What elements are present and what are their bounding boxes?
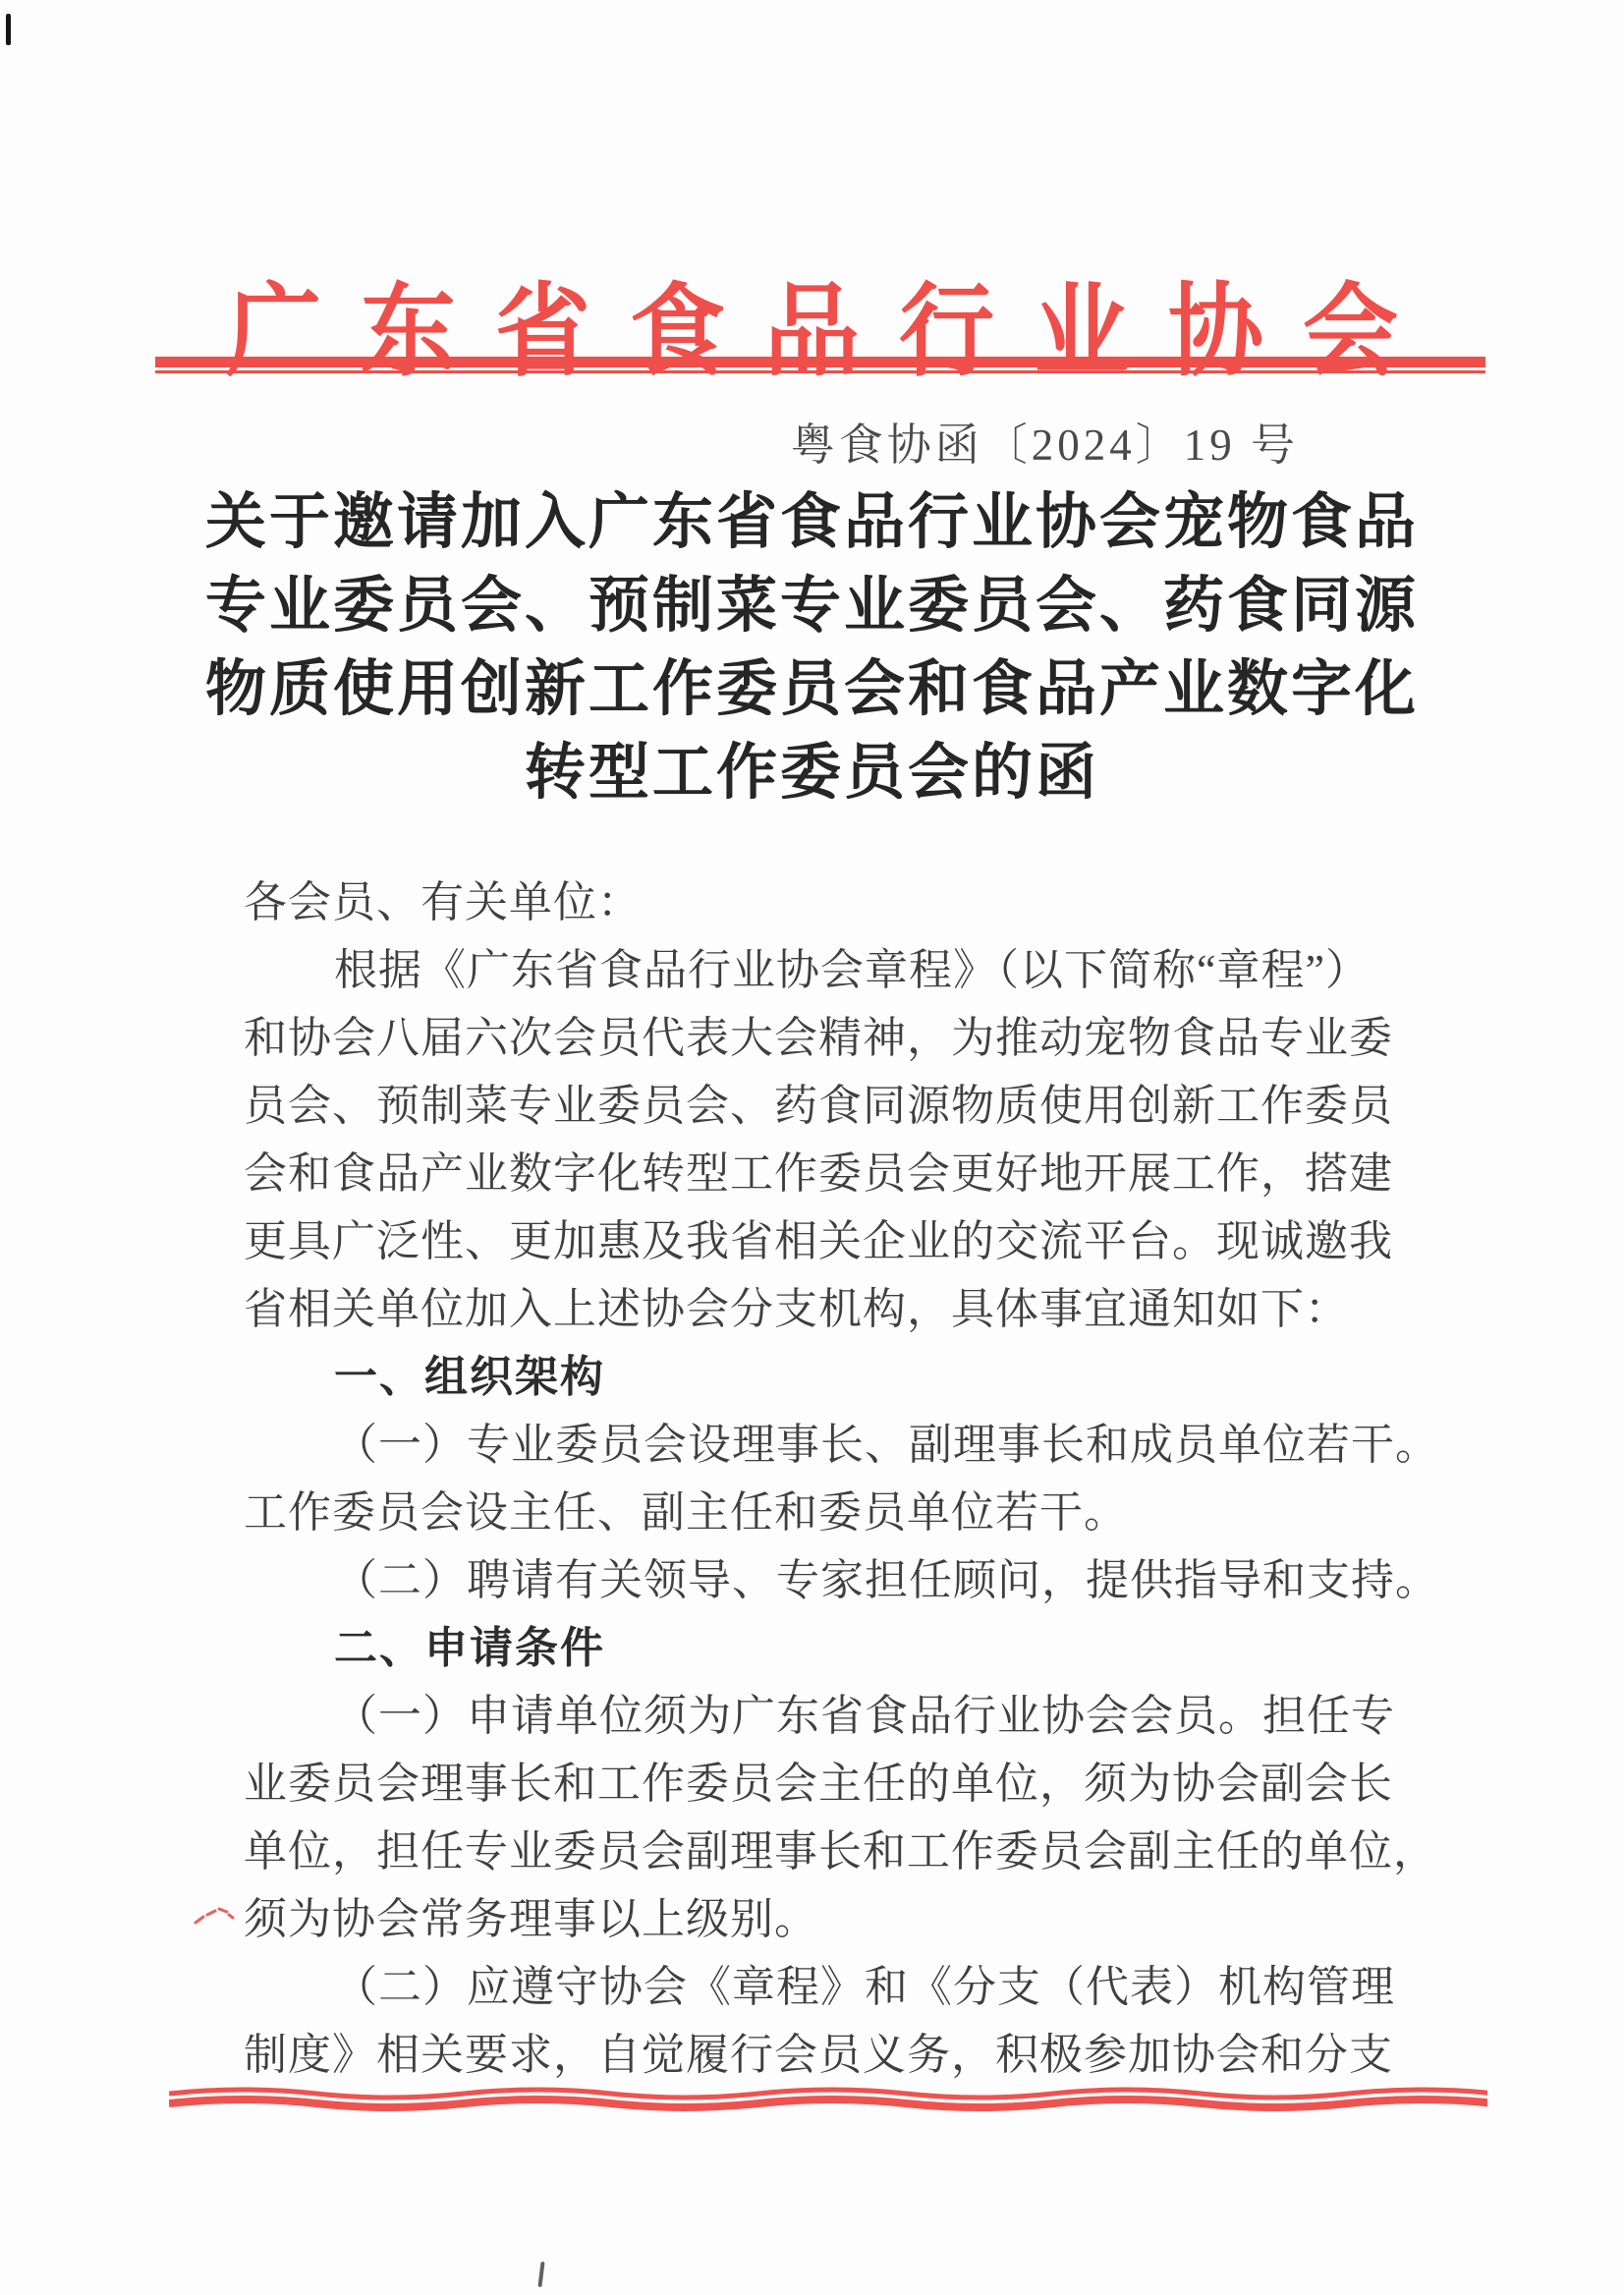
- document-title-line: 专业委员会、预制菜专业委员会、药食同源: [0, 565, 1624, 648]
- section-heading-2: 二、申请条件: [244, 1614, 1452, 1682]
- document-title-line: 物质使用创新工作委员会和食品产业数字化: [0, 648, 1624, 732]
- scan-corner-artifact: [6, 14, 11, 45]
- body-line: 业委员会理事长和工作委员会主任的单位，须为协会副会长: [244, 1750, 1452, 1818]
- body-line: 根据《广东省食品行业协会章程》（以下简称“章程”）: [244, 936, 1452, 1004]
- letterhead-org-name: 广东省食品行业协会: [0, 250, 1624, 395]
- body-line: 更具广泛性、更加惠及我省相关企业的交流平台。现诚邀我: [244, 1207, 1452, 1275]
- body-line: 和协会八届六次会员代表大会精神，为推动宠物食品专业委: [244, 1004, 1452, 1072]
- letterhead-divider-thin-line: [155, 370, 1485, 373]
- red-pen-scribble-artifact: [193, 1902, 236, 1932]
- scan-bottom-artifact: [537, 2262, 544, 2287]
- body-line: 会和食品产业数字化转型工作委员会更好地开展工作，搭建: [244, 1140, 1452, 1207]
- document-title: 关于邀请加入广东省食品行业协会宠物食品 专业委员会、预制菜专业委员会、药食同源 …: [0, 481, 1624, 815]
- letterhead-divider: [155, 357, 1485, 373]
- body-line: 制度》相关要求，自觉履行会员义务，积极参加协会和分支: [244, 2021, 1452, 2089]
- letter-body: 各会员、有关单位： 根据《广东省食品行业协会章程》（以下简称“章程”） 和协会八…: [244, 868, 1452, 2089]
- body-line: （一）申请单位须为广东省食品行业协会会员。担任专: [244, 1682, 1452, 1750]
- body-line: 单位，担任专业委员会副理事长和工作委员会副主任的单位，: [244, 1818, 1452, 1885]
- body-line: 须为协会常务理事以上级别。: [244, 1885, 1452, 1953]
- body-line: （二）应遵守协会《章程》和《分支（代表）机构管理: [244, 1953, 1452, 2021]
- scanned-letter-page: 广东省食品行业协会 粤食协函〔2024〕19 号 关于邀请加入广东省食品行业协会…: [0, 0, 1624, 2295]
- document-title-line: 关于邀请加入广东省食品行业协会宠物食品: [0, 481, 1624, 565]
- document-title-line: 转型工作委员会的函: [0, 732, 1624, 815]
- document-number: 粤食协函〔2024〕19 号: [0, 409, 1299, 473]
- section-heading-1: 一、组织架构: [244, 1343, 1452, 1411]
- body-line: 工作委员会设主任、副主任和委员单位若干。: [244, 1479, 1452, 1546]
- body-line: （一）专业委员会设理事长、副理事长和成员单位若干。: [244, 1411, 1452, 1479]
- letterhead-divider-thick-line: [155, 357, 1485, 367]
- body-line: （二）聘请有关领导、专家担任顾问，提供指导和支持。: [244, 1546, 1452, 1614]
- body-line: 员会、预制菜专业委员会、药食同源物质使用创新工作委员: [244, 1072, 1452, 1140]
- salutation-line: 各会员、有关单位：: [244, 868, 1452, 936]
- body-line: 省相关单位加入上述协会分支机构，具体事宜通知如下：: [244, 1275, 1452, 1343]
- footer-wavy-divider: [169, 2087, 1487, 2112]
